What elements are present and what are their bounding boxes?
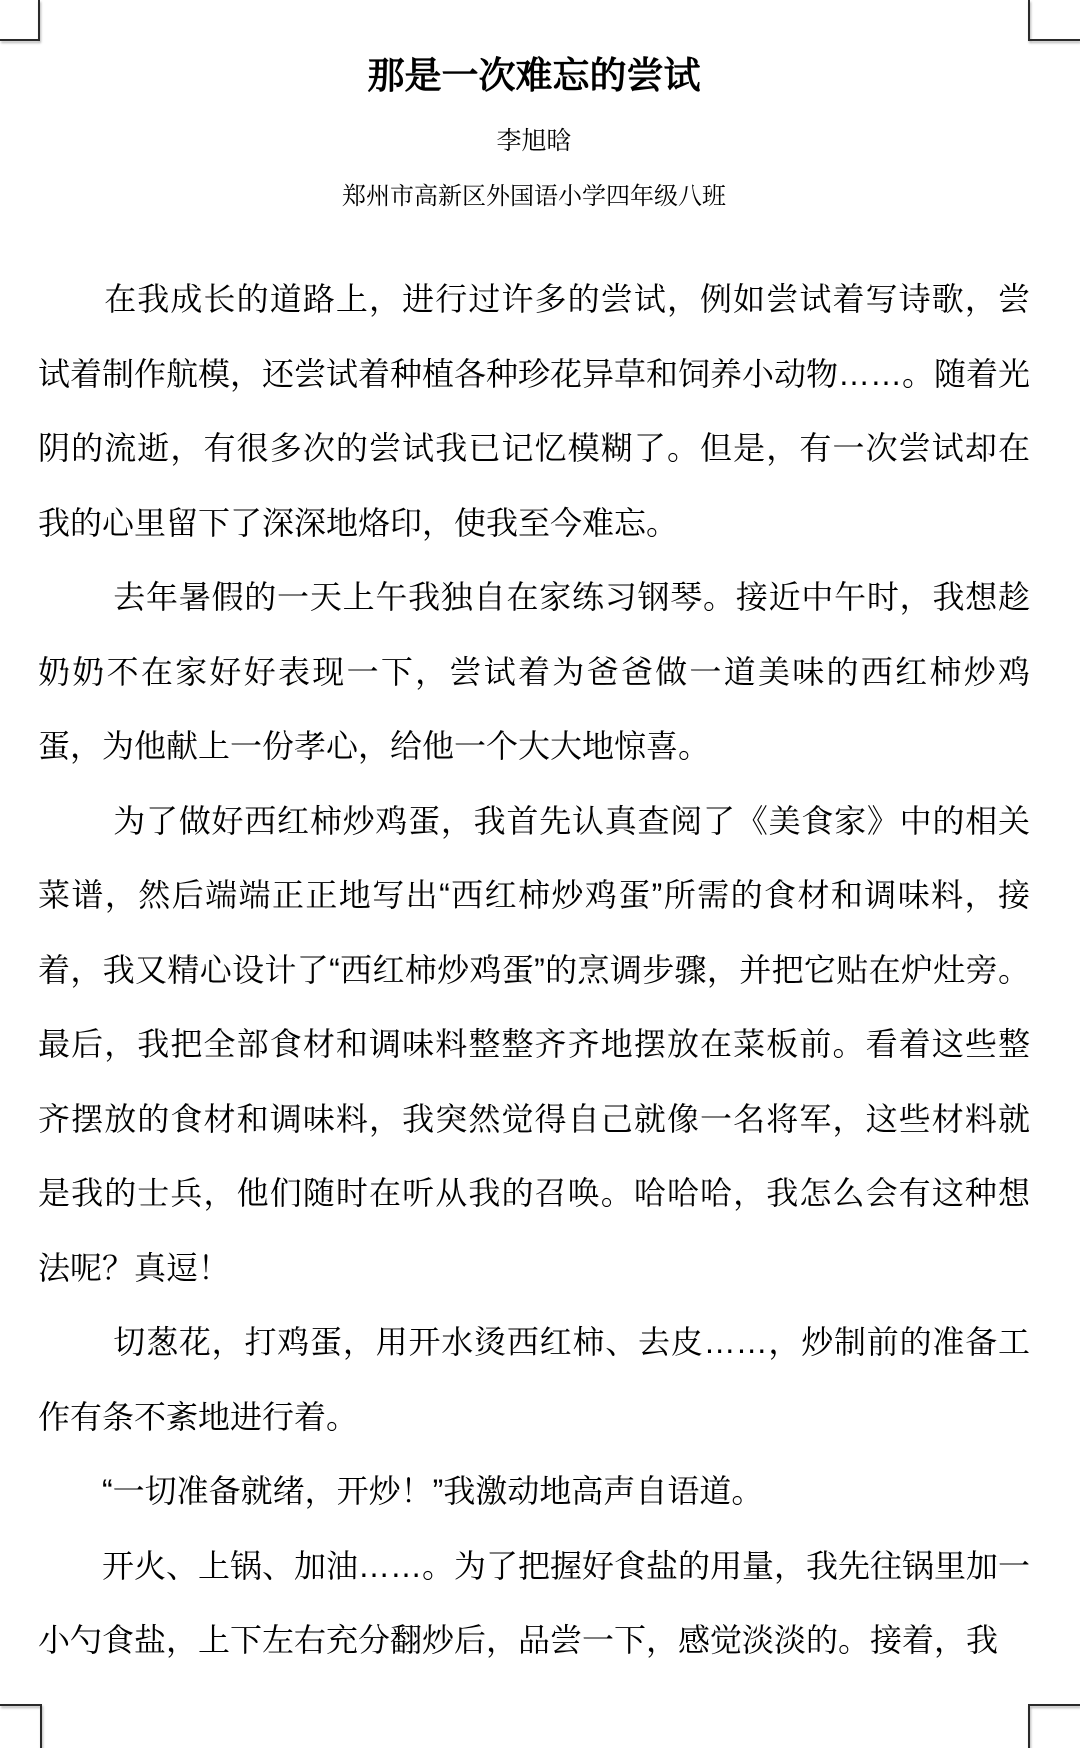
text-line: 作有条不紊地进行着。 <box>38 1380 1030 1455</box>
text-line: 蛋，为他献上一份孝心，给他一个大大地惊喜。 <box>38 709 1030 784</box>
text-line: 菜谱，然后端端正正地写出“西红柿炒鸡蛋”所需的食材和调味料，接 <box>38 858 1030 933</box>
text-line: 最后，我把全部食材和调味料整整齐齐地摆放在菜板前。看着这些整 <box>38 1007 1030 1082</box>
text-line: 是我的士兵，他们随时在听从我的召唤。哈哈哈，我怎么会有这种想 <box>38 1156 1030 1231</box>
text-line: 切葱花，打鸡蛋，用开水烫西红柿、去皮……，炒制前的准备工 <box>38 1305 1030 1380</box>
document-page: 那是一次难忘的尝试 李旭晗 郑州市高新区外国语小学四年级八班 在我成长的道路上，… <box>0 0 1080 1748</box>
text-line: 小勺食盐，上下左右充分翻炒后，品尝一下，感觉淡淡的。接着，我 <box>38 1603 1030 1678</box>
text-line: 我的心里留下了深深地烙印，使我至今难忘。 <box>38 486 1030 561</box>
text-line: 着，我又精心设计了“西红柿炒鸡蛋”的烹调步骤，并把它贴在炉灶旁。 <box>38 933 1030 1008</box>
text-line: 试着制作航模，还尝试着种植各种珍花异草和饲养小动物……。随着光 <box>38 337 1030 412</box>
school-line: 郑州市高新区外国语小学四年级八班 <box>38 182 1030 212</box>
text-line: 奶奶不在家好好表现一下，尝试着为爸爸做一道美味的西红柿炒鸡 <box>38 635 1030 710</box>
text-line: 去年暑假的一天上午我独自在家练习钢琴。接近中午时，我想趁 <box>38 560 1030 635</box>
document-body: 在我成长的道路上，进行过许多的尝试，例如尝试着写诗歌，尝试着制作航模，还尝试着种… <box>38 262 1030 1678</box>
crop-mark-bottom-right-icon <box>1028 1704 1080 1748</box>
crop-mark-top-left-icon <box>0 0 40 41</box>
text-line: 法呢？真逗！ <box>38 1231 1030 1306</box>
author-name: 李旭晗 <box>38 126 1030 156</box>
crop-mark-bottom-left-icon <box>0 1704 42 1748</box>
text-line: 为了做好西红柿炒鸡蛋，我首先认真查阅了《美食家》中的相关 <box>38 784 1030 859</box>
text-line: 开火、上锅、加油……。为了把握好食盐的用量，我先往锅里加一 <box>38 1529 1030 1604</box>
text-line: 阴的流逝，有很多次的尝试我已记忆模糊了。但是，有一次尝试却在 <box>38 411 1030 486</box>
text-line: 在我成长的道路上，进行过许多的尝试，例如尝试着写诗歌，尝 <box>38 262 1030 337</box>
crop-mark-top-right-icon <box>1028 0 1080 41</box>
text-line: 齐摆放的食材和调味料，我突然觉得自己就像一名将军，这些材料就 <box>38 1082 1030 1157</box>
text-line: “一切准备就绪，开炒！”我激动地高声自语道。 <box>38 1454 1030 1529</box>
document-title: 那是一次难忘的尝试 <box>38 54 1030 98</box>
